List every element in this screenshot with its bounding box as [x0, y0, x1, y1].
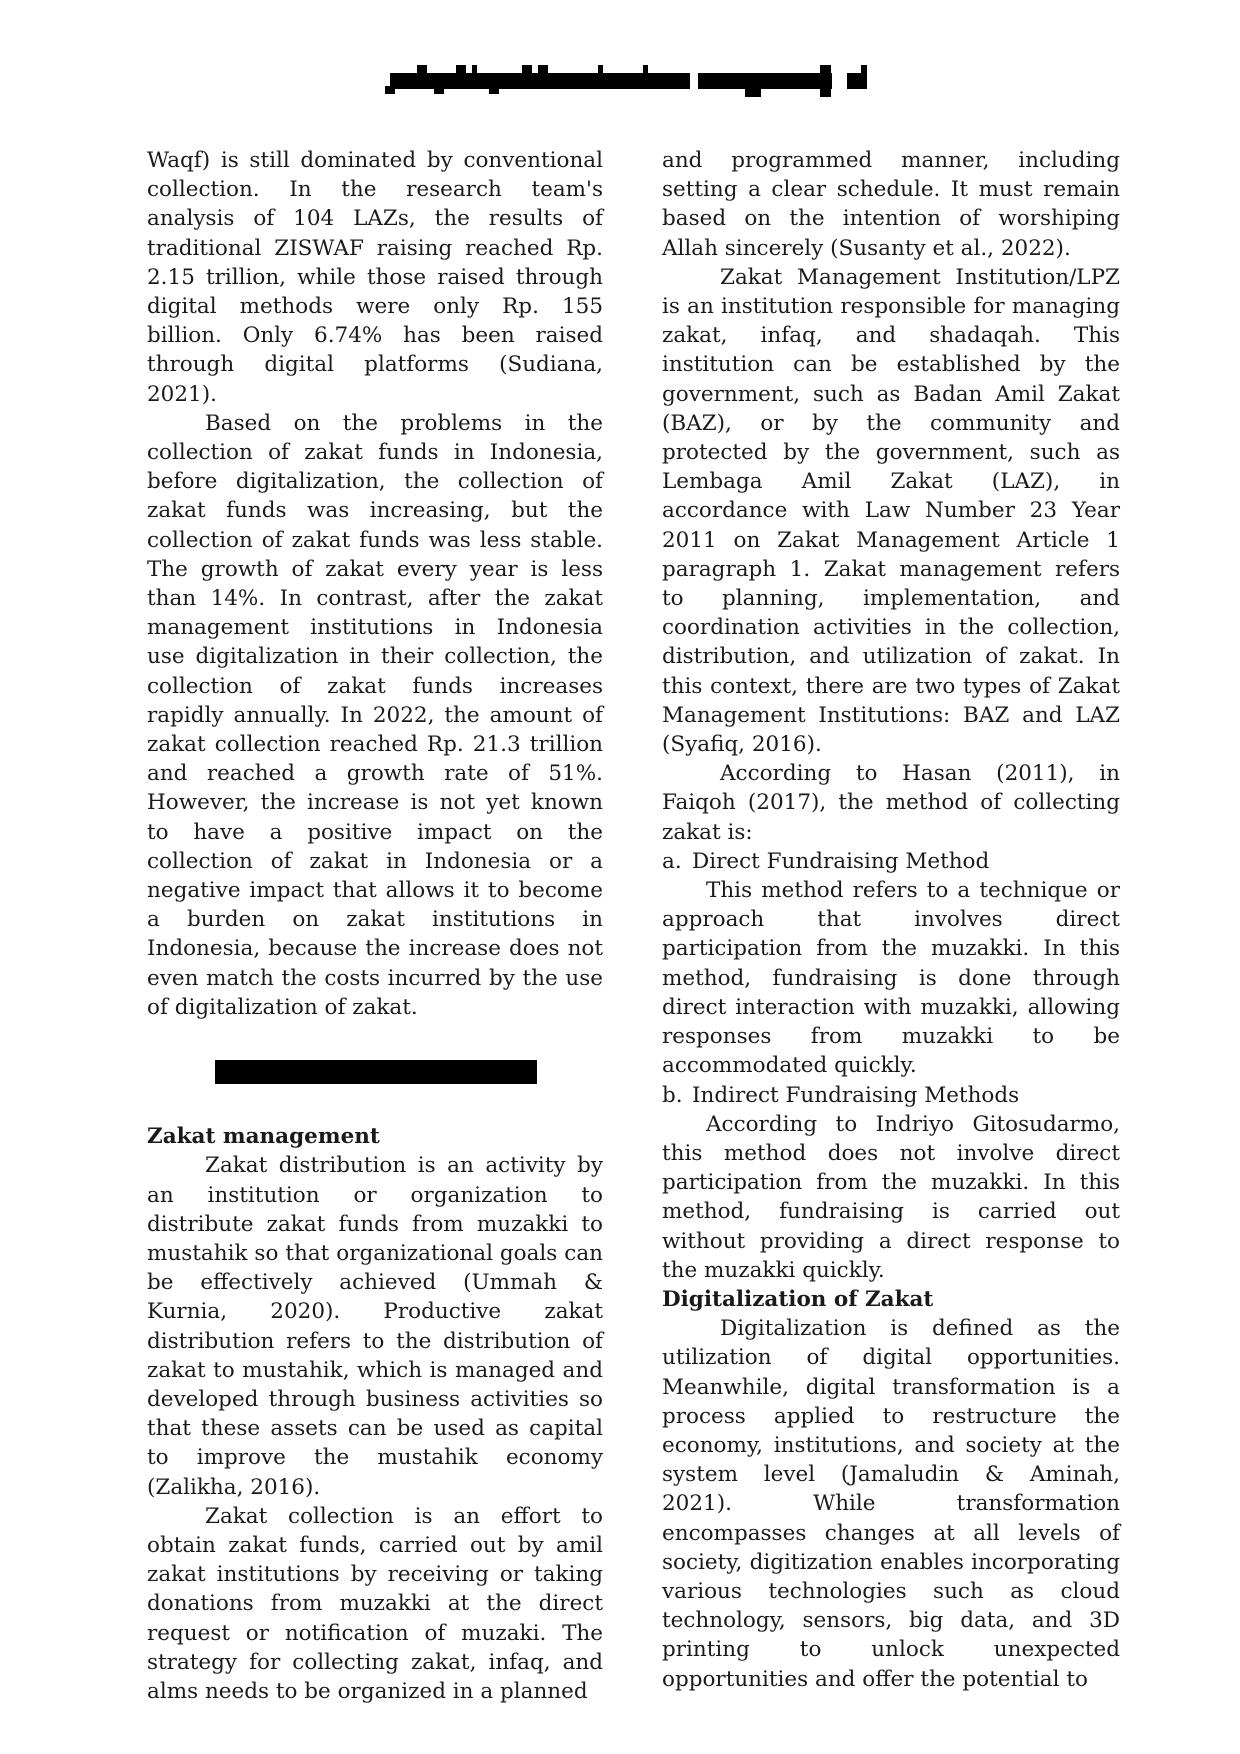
redacted-header-tail [385, 86, 395, 94]
paragraph: Waqf) is still dominated by conventional… [147, 146, 603, 409]
paragraph: and programmed manner, including setting… [662, 146, 1120, 263]
redacted-header-tick [417, 65, 427, 73]
redacted-header-tail [489, 86, 499, 94]
running-header-redacted [0, 60, 1240, 120]
section-heading-zakat-management: Zakat management [147, 1122, 603, 1151]
redacted-page-number [847, 73, 867, 89]
paragraph: Zakat collection is an effort to obtain … [147, 1502, 603, 1706]
redacted-header-tick [538, 65, 548, 73]
left-column: Waqf) is still dominated by conventional… [147, 146, 603, 1706]
section-heading-digitalization: Digitalization of Zakat [662, 1285, 1120, 1314]
list-item-title: Indirect Fundraising Methods [692, 1081, 1120, 1110]
redacted-header-tick [598, 65, 603, 73]
redacted-header-tick [456, 65, 466, 73]
redacted-section-title [215, 1060, 537, 1084]
list-marker: a. [662, 847, 692, 876]
redacted-header-notch-2 [820, 65, 831, 97]
list-item-title: Direct Fundraising Method [692, 847, 1120, 876]
redacted-header-tick [522, 65, 532, 73]
paragraph: According to Hasan (2011), in Faiqoh (20… [662, 759, 1120, 847]
list-item-direct-fundraising: a. Direct Fundraising Method [662, 847, 1120, 876]
redacted-header-tail [434, 86, 444, 94]
paragraph: Based on the problems in the collection … [147, 409, 603, 1022]
redacted-page-number-top [861, 65, 867, 73]
list-item-indirect-fundraising: b. Indirect Fundraising Methods [662, 1081, 1120, 1110]
paragraph: Zakat Management Institution/LPZ is an i… [662, 263, 1120, 759]
redacted-header-block-b [698, 73, 832, 89]
redacted-header-tick [643, 65, 648, 73]
list-marker: b. [662, 1081, 692, 1110]
redacted-header-notch [745, 89, 761, 97]
redacted-header-tick [472, 65, 477, 73]
paragraph: Digitalization is defined as the utiliza… [662, 1314, 1120, 1694]
list-item-body: This method refers to a technique or app… [662, 876, 1120, 1080]
paragraph: Zakat distribution is an activity by an … [147, 1151, 603, 1501]
list-item-body: According to Indriyo Gitosudarmo, this m… [662, 1110, 1120, 1285]
right-column: and programmed manner, including setting… [662, 146, 1120, 1694]
